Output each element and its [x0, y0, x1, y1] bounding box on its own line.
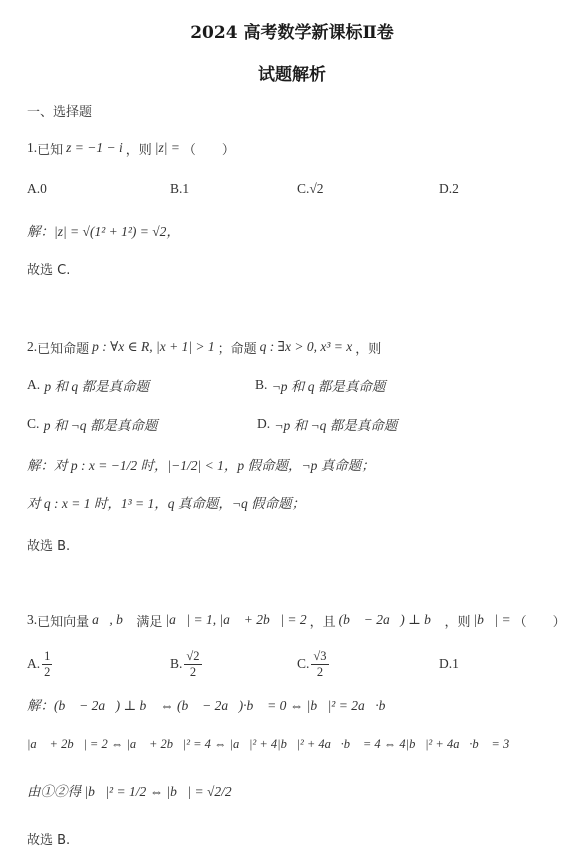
question-3-solution-line-3: 由①②得 |b⃗|² = 1/2 ⇔ |b⃗| = √2/2，: [27, 778, 242, 802]
question-1-solution: 解：|z| = √(1² + 1²) = √2，: [27, 218, 180, 242]
option-b: B. ¬p 和 q 都是真命题: [255, 372, 385, 398]
question-number: 1.: [27, 140, 37, 156]
vectors: a⃗, b⃗: [92, 612, 133, 628]
question-3-answer: 故选 B.: [27, 826, 70, 850]
question-3-solution-line-2: |a⃗ + 2b⃗| = 2 ⇔ |a⃗ + 2b⃗|² = 4 ⇔ |a⃗|²…: [27, 732, 522, 756]
option-c: C.√2: [297, 176, 324, 202]
math-expression: |z| =: [155, 140, 180, 156]
section-heading: 一、选择题: [27, 98, 92, 122]
proposition-q: q : ∃x > 0, x³ = x: [260, 339, 353, 355]
solution-text: |a⃗ + 2b⃗| = 2 ⇔ |a⃗ + 2b⃗|² = 4 ⇔ |a⃗|²…: [27, 737, 522, 752]
document-subtitle: 试题解析: [0, 60, 584, 85]
option-a: A. 12: [27, 647, 54, 681]
solution-text: 对 q : x = 1 时，1³ = 1，q 真命题，¬q 假命题；: [27, 492, 305, 512]
solution-text: 由①②得 |b⃗|² = 1/2 ⇔ |b⃗| = √2/2，: [27, 780, 242, 800]
question-number: 2.: [27, 339, 37, 355]
option-c: C. √32: [297, 647, 331, 681]
fraction: √22: [184, 650, 201, 678]
option-c: C. p 和 ¬q 都是真命题: [27, 411, 157, 437]
proposition-p: p : ∀x ∈ R, |x + 1| > 1: [92, 339, 215, 355]
math-expression: z = −1 − i: [66, 140, 123, 156]
condition-2: (b⃗ − 2a⃗) ⊥ b⃗: [339, 612, 442, 628]
question-3-stem: 3. 已知向量 a⃗, b⃗ 满足 |a⃗| = 1, |a⃗ + 2b⃗| =…: [27, 608, 566, 632]
solution-text: 解：对 p : x = −1/2 时，|−1/2| < 1，p 假命题，¬p 真…: [27, 454, 375, 474]
solution-text: 解：|z| = √(1² + 1²) = √2，: [27, 220, 180, 240]
question-1-stem: 1. 已知 z = −1 − i ，则 |z| = （ ）: [27, 136, 235, 160]
condition-1: |a⃗| = 1, |a⃗ + 2b⃗| = 2: [165, 612, 306, 628]
option-a: A.0: [27, 176, 47, 202]
question-ask: |b⃗| =: [473, 612, 510, 628]
fraction: √32: [311, 650, 328, 678]
question-1-answer: 故选 C.: [27, 256, 70, 280]
document-title: 2024 高考数学新课标Ⅱ卷: [0, 18, 584, 43]
option-a: A. p 和 q 都是真命题: [27, 372, 149, 398]
option-d: D.2: [439, 176, 459, 202]
fraction: 12: [42, 650, 52, 678]
question-2-solution-line-1: 解：对 p : x = −1/2 时，|−1/2| < 1，p 假命题，¬p 真…: [27, 452, 375, 476]
question-2-answer: 故选 B.: [27, 532, 70, 556]
question-number: 3.: [27, 612, 37, 628]
question-3-solution-line-1: 解：(b⃗ − 2a⃗) ⊥ b⃗ ⇔ (b⃗ − 2a⃗)·b⃗ = 0 ⇔ …: [27, 692, 410, 716]
option-d: D. ¬p 和 ¬q 都是真命题: [257, 411, 397, 437]
option-b: B.1: [170, 176, 189, 202]
question-2-stem: 2. 已知命题 p : ∀x ∈ R, |x + 1| > 1 ；命题 q : …: [27, 335, 381, 359]
option-b: B. √22: [170, 647, 204, 681]
option-d: D.1: [439, 647, 459, 681]
solution-text: 解：(b⃗ − 2a⃗) ⊥ b⃗ ⇔ (b⃗ − 2a⃗)·b⃗ = 0 ⇔ …: [27, 694, 410, 714]
question-2-solution-line-2: 对 q : x = 1 时，1³ = 1，q 真命题，¬q 假命题；: [27, 490, 305, 514]
